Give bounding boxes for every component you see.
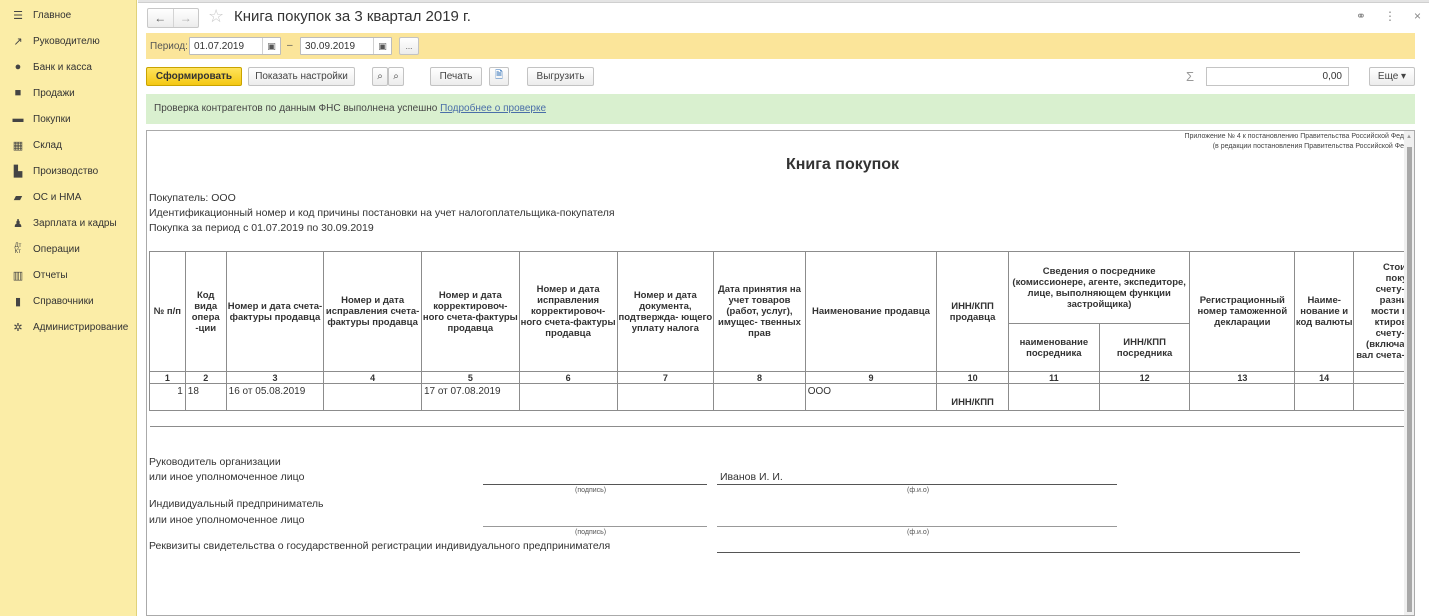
col-header: Номер и дата исправления корректировоч- … [519, 252, 617, 372]
col-header-agent: Сведения о посреднике (комиссионере, аге… [1008, 252, 1189, 324]
head-signature-line [483, 484, 707, 485]
period-dash: – [287, 40, 293, 51]
bar-chart-icon: ▥ [11, 268, 25, 282]
buyer-line: Покупатель: ООО [149, 192, 236, 204]
show-settings-button[interactable]: Показать настройки [248, 67, 355, 86]
report-form: ← → ☆ Книга покупок за 3 квартал 2019 г.… [138, 3, 1429, 616]
page-title: Книга покупок за 3 квартал 2019 г. [234, 8, 471, 25]
warehouse-icon: ▦ [11, 138, 25, 152]
link-icon[interactable]: ⚭ [1356, 9, 1366, 23]
fio-caption: (ф.и.о) [907, 529, 929, 536]
sidebar-item-bank[interactable]: ●Банк и касса [0, 54, 137, 80]
search-clear-button[interactable]: ⌕ [388, 67, 404, 86]
sub-col-header: ИНН/КПП посредника [1099, 324, 1190, 372]
signature-caption: (подпись) [575, 529, 606, 536]
inn-line: Идентификационный номер и код причины по… [149, 207, 615, 219]
gear-icon: ✲ [11, 320, 25, 334]
back-button[interactable]: ← [148, 9, 174, 27]
sidebar-item-main[interactable]: ☰Главное [0, 2, 137, 28]
fio-caption: (ф.и.о) [907, 487, 929, 494]
trend-icon: ↗ [11, 34, 25, 48]
col-header: Номер и дата исправления счета-фактуры п… [324, 252, 422, 372]
sidebar-item-catalogs[interactable]: ▮Справочники [0, 288, 137, 314]
scroll-up-icon[interactable]: ▲ [1406, 134, 1412, 140]
search-button[interactable]: ⌕ [372, 67, 388, 86]
generate-button[interactable]: Сформировать [146, 67, 242, 86]
print-button[interactable]: Печать [430, 67, 482, 86]
scrollbar-thumb[interactable] [1407, 147, 1412, 612]
sidebar-item-production[interactable]: ▙Производство [0, 158, 137, 184]
factory-icon: ▙ [11, 164, 25, 178]
fns-check-banner: Проверка контрагентов по данным ФНС выпо… [146, 94, 1415, 124]
table-total-row [150, 411, 1414, 427]
preview-button[interactable]: 🗎 [489, 67, 509, 86]
col-header: Номер и дата документа, подтвержда- ющег… [617, 252, 714, 372]
sub-col-header: наименование посредника [1008, 324, 1099, 372]
head-name: Иванов И. И. [720, 471, 783, 483]
sidebar-item-warehouse[interactable]: ▦Склад [0, 132, 137, 158]
col-header: № п/п [150, 252, 186, 372]
sidebar-item-admin[interactable]: ✲Администрирование [0, 314, 137, 340]
column-numbers-row: 1 2 3 4 5 6 7 8 9 10 11 12 13 14 1 [150, 372, 1414, 384]
cart-icon: ▬ [11, 112, 25, 126]
sidebar-item-salary[interactable]: ♟Зарплата и кадры [0, 210, 137, 236]
dt-kt-icon: ДтКт [11, 242, 25, 256]
period-line: Покупка за период с 01.07.2019 по 30.09.… [149, 222, 374, 234]
search-cancel-icon: ⌕ [393, 71, 399, 82]
sidebar-item-operations[interactable]: ДтКтОперации [0, 236, 137, 262]
col-header: Наименование продавца [805, 252, 936, 372]
head-label-2: или иное уполномоченное лицо [149, 471, 304, 483]
report-document: Приложение № 4 к постановлению Правитель… [146, 130, 1415, 616]
col-header: Регистрационный номер таможенной деклара… [1190, 252, 1295, 372]
history-nav: ← → [147, 8, 199, 28]
vertical-scrollbar[interactable]: ▲ [1404, 131, 1414, 616]
export-button[interactable]: Выгрузить [527, 67, 594, 86]
favorite-star-icon[interactable]: ☆ [208, 6, 224, 27]
reg-details-line [717, 552, 1300, 553]
col-header: Код вида опера -ции [185, 252, 226, 372]
appendix-note-2: (в редакции постановления Правительства … [1213, 143, 1404, 150]
purchase-book-table: № п/п Код вида опера -ции Номер и дата с… [149, 251, 1414, 427]
ip-name-line [717, 526, 1117, 527]
period-from-input[interactable]: 01.07.2019 ▣ [189, 37, 281, 55]
menu-icon: ☰ [11, 8, 25, 22]
more-button[interactable]: Еще ▾ [1369, 67, 1415, 86]
sidebar: ☰Главное ↗Руководителю ●Банк и касса ■Пр… [0, 0, 137, 616]
head-name-line [717, 484, 1117, 485]
more-vertical-icon[interactable]: ⋮ [1384, 9, 1396, 23]
sidebar-item-manager[interactable]: ↗Руководителю [0, 28, 137, 54]
sidebar-item-purchases[interactable]: ▬Покупки [0, 106, 137, 132]
signature-caption: (подпись) [575, 487, 606, 494]
check-details-link[interactable]: Подробнее о проверке [440, 103, 546, 114]
reg-details-label: Реквизиты свидетельства о государственно… [149, 540, 610, 552]
forward-button[interactable]: → [174, 9, 199, 27]
book-icon: ▮ [11, 294, 25, 308]
period-select-button[interactable]: ... [399, 37, 419, 55]
fns-check-text: Проверка контрагентов по данным ФНС выпо… [154, 103, 440, 114]
ip-label-1: Индивидуальный предприниматель [149, 498, 324, 510]
col-header: ИНН/КПП продавца [937, 252, 1009, 372]
head-label-1: Руководитель организации [149, 456, 281, 468]
sidebar-item-fixed-assets[interactable]: ▰ОС и НМА [0, 184, 137, 210]
calendar-icon[interactable]: ▣ [262, 38, 280, 54]
print-preview-icon: 🗎 [495, 68, 503, 85]
sidebar-item-reports[interactable]: ▥Отчеты [0, 262, 137, 288]
sum-field[interactable]: 0,00 [1206, 67, 1349, 86]
bag-icon: ■ [11, 86, 25, 100]
truck-icon: ▰ [11, 190, 25, 204]
person-icon: ♟ [11, 216, 25, 230]
table-row[interactable]: 1 18 16 от 05.08.2019 17 от 07.08.2019 О… [150, 384, 1414, 411]
appendix-note: Приложение № 4 к постановлению Правитель… [1184, 133, 1404, 140]
ruble-icon: ● [11, 60, 25, 74]
period-bar: Период: 01.07.2019 ▣ – 30.09.2019 ▣ ... [146, 33, 1415, 59]
report-title: Книга покупок [786, 156, 899, 174]
sidebar-item-sales[interactable]: ■Продажи [0, 80, 137, 106]
col-header: Номер и дата счета-фактуры продавца [226, 252, 324, 372]
period-label: Период: [150, 41, 188, 52]
ip-signature-line [483, 526, 707, 527]
period-to-input[interactable]: 30.09.2019 ▣ [300, 37, 392, 55]
search-icon: ⌕ [377, 71, 383, 82]
col-header: Номер и дата корректировоч- ного счета-ф… [421, 252, 519, 372]
calendar-icon[interactable]: ▣ [373, 38, 391, 54]
sigma-icon: Σ [1186, 69, 1194, 84]
ip-label-2: или иное уполномоченное лицо [149, 514, 304, 526]
col-header: Наиме- нование и код валюты [1295, 252, 1354, 372]
col-header: Дата принятия на учет товаров (работ, ус… [714, 252, 806, 372]
close-icon[interactable]: × [1414, 9, 1421, 23]
